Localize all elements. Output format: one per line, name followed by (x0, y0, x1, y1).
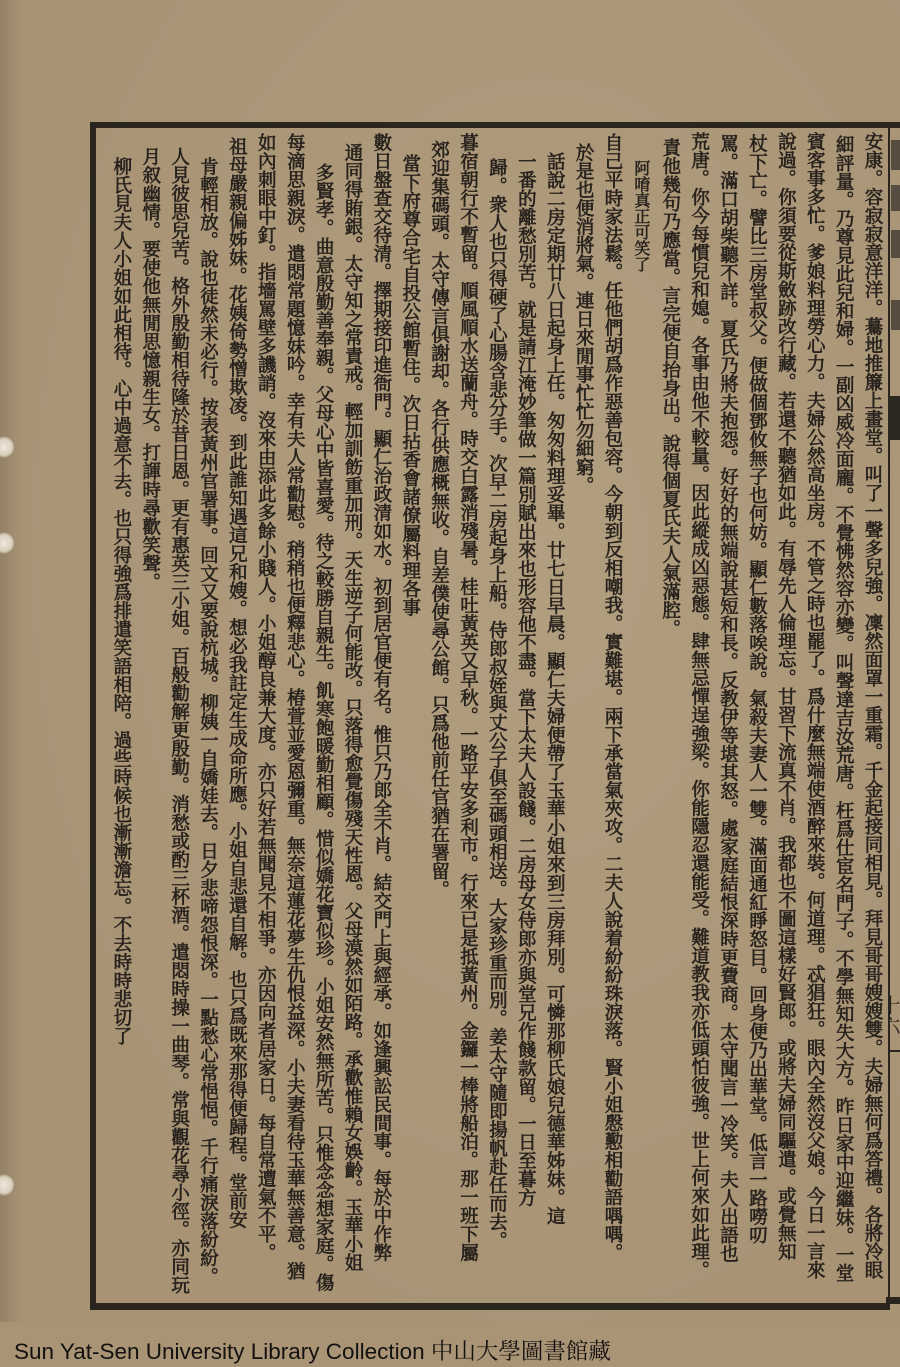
prose-column: 歸。衆人也只得硬了心腸含悲分手。次早二房起身上船。侍郎叔姪與丈公子俱至碼頭相送。… (482, 128, 511, 1300)
margin-title-glyph (891, 230, 900, 258)
text-column: 肯輕相放。說也徒然未必行。按表黃州官署事。回文又要說杭城。柳姨一自嬌娃去。日夕悲… (193, 128, 222, 1300)
text-column: 說過。你須要從斯斂跡改行藏。若還不聽猶如此。有辱先人倫理忘。甘習下流真不肖。我都… (770, 128, 799, 1300)
text-column: 細評量。乃尊見此兒和婦。一副凶威冷面龐。不覺怫然容亦變。叫聲達吉汝荒唐。枉爲仕宦… (828, 128, 857, 1300)
text-column: 數日盤查交待清。擇期接印進衙門。顯仁治政清如水。初到居官便有名。惟只乃郎全不肖。… (366, 128, 395, 1300)
text-column: 每滴思親淚。遣悶常題憶妹吟。幸有夫人常勸慰。稍稍也便釋悲心。椿萱並愛恩彌重。無奈… (279, 128, 308, 1300)
text-column: 多賢孝。曲意殷勤善奉親。父母心中皆喜愛。待之較勝自親生。飢寒飽暖勤相顧。惜似嬌花… (308, 128, 337, 1300)
text-column: 自己平時家法鬆。任他們胡爲作惡善包容。今朝到反相嘲我。實難堪。兩下承當氣夾攻。二… (597, 128, 626, 1300)
text-column: 通同得賄銀。太守知之常責戒。輕加訓飭重加刑。天生逆子何能改。只落得愈覺傷殘天性恩… (337, 128, 366, 1300)
margin-border-bottom (886, 1297, 900, 1304)
binding-hole (0, 436, 14, 458)
margin-divider (888, 1050, 900, 1052)
text-column: 罵。滿口胡柴聽不詳。夏氏乃將夫抱怨。好好的無端說甚短和長。反教伊等堪其怒。處家庭… (713, 128, 742, 1300)
page-number: 十六 (889, 995, 900, 1045)
text-body: 安康。容寂寂意洋洋。驀地推簾上畫堂。叫了一聲多兒強。凜然面罩一重霜。千金起接同相… (106, 128, 886, 1300)
text-column: 人見彼思兒苦。格外殷勤相待隆於昔日恩。更有惠英三小姐。百般勸解更殷勤。消愁或酌三… (164, 128, 193, 1300)
margin-title-glyph (891, 185, 900, 211)
text-column: 月叙幽情。要使他無閒思憶親生女。打諢時尋歡笑聲。 (135, 128, 164, 1300)
collection-label: Sun Yat-Sen University Library Collectio… (14, 1334, 611, 1366)
text-column: 如內刺眼中釘。指墻罵壁多譏誚。沒來由添此多餘小賤人。小姐醇良兼大度。亦只好若無聞… (250, 128, 279, 1300)
margin-border-top (886, 122, 900, 128)
text-column: 杖下亡。譬比三房堂叔父。便做個鄧攸無子也何妨。顯仁數落唉說。氣殺夫妻人一雙。滿面… (742, 128, 771, 1300)
text-column: 祖母嚴親偏姊妹。花姨倚勢憎欺凌。到此誰知遇這兄和嫂。想必我註定生成命所應。小姐自… (222, 128, 251, 1300)
text-column: 於是也便消將氣。連日來閒事忙忙勿細窮。 (568, 128, 597, 1300)
text-column: 賓客事多忙。爹娘料理勞心力。夫婦公然高坐房。不管之時也罷了。爲什麼無端使酒醉來裝… (799, 128, 828, 1300)
text-column: 荒唐。你今每慣兒和媳。各事由他不較量。因此縱成凶惡態。肆無忌憚逞強梁。你能隱忍還… (684, 128, 713, 1300)
text-column: 暮宿朝行不暫留。順風順水送蘭舟。時交白露消殘暑。桂吐黃英又早秋。一路平安多利市。… (453, 128, 482, 1300)
text-column-aside: 阿唷真正可笑了 (626, 128, 655, 1300)
margin-title-glyph (891, 300, 900, 330)
prose-column: 話說二房定期廿八日起身上任。匆匆料理妥畢。廿七日早晨。顯仁夫婦便帶了玉華小姐來到… (539, 128, 568, 1300)
binding-hole (0, 532, 14, 554)
prose-column: 柳氏見夫人小姐如此相待。心中過意不去。也只得強爲排遣笑語相陪。過些時候也漸漸澹忘… (106, 128, 135, 1300)
prose-column: 當下府尊合宅自投公館暫住。次日拈香會諸僚屬料理各事 (395, 128, 424, 1300)
text-column: 安康。容寂寂意洋洋。驀地推簾上畫堂。叫了一聲多兒強。凜然面罩一重霜。千金起接同相… (857, 128, 886, 1300)
binding-hole (0, 1174, 14, 1196)
prose-column: 一番的離愁別苦。就是請江淹妙筆做一篇別賦出來也形容他不盡。當下太夫人設餞。二房母… (510, 128, 539, 1300)
text-column: 責他幾句乃應當。言完便自抬身出。說得個夏氏夫人氣滿腔。 (655, 128, 684, 1300)
text-column: 郊迎集碼頭。太守傳言俱謝却。各行供應概無收。自差僕使尋公館。只爲他前任官猶在署留… (424, 128, 453, 1300)
fishtail-mark (888, 396, 900, 440)
margin-title-glyph (891, 140, 900, 170)
